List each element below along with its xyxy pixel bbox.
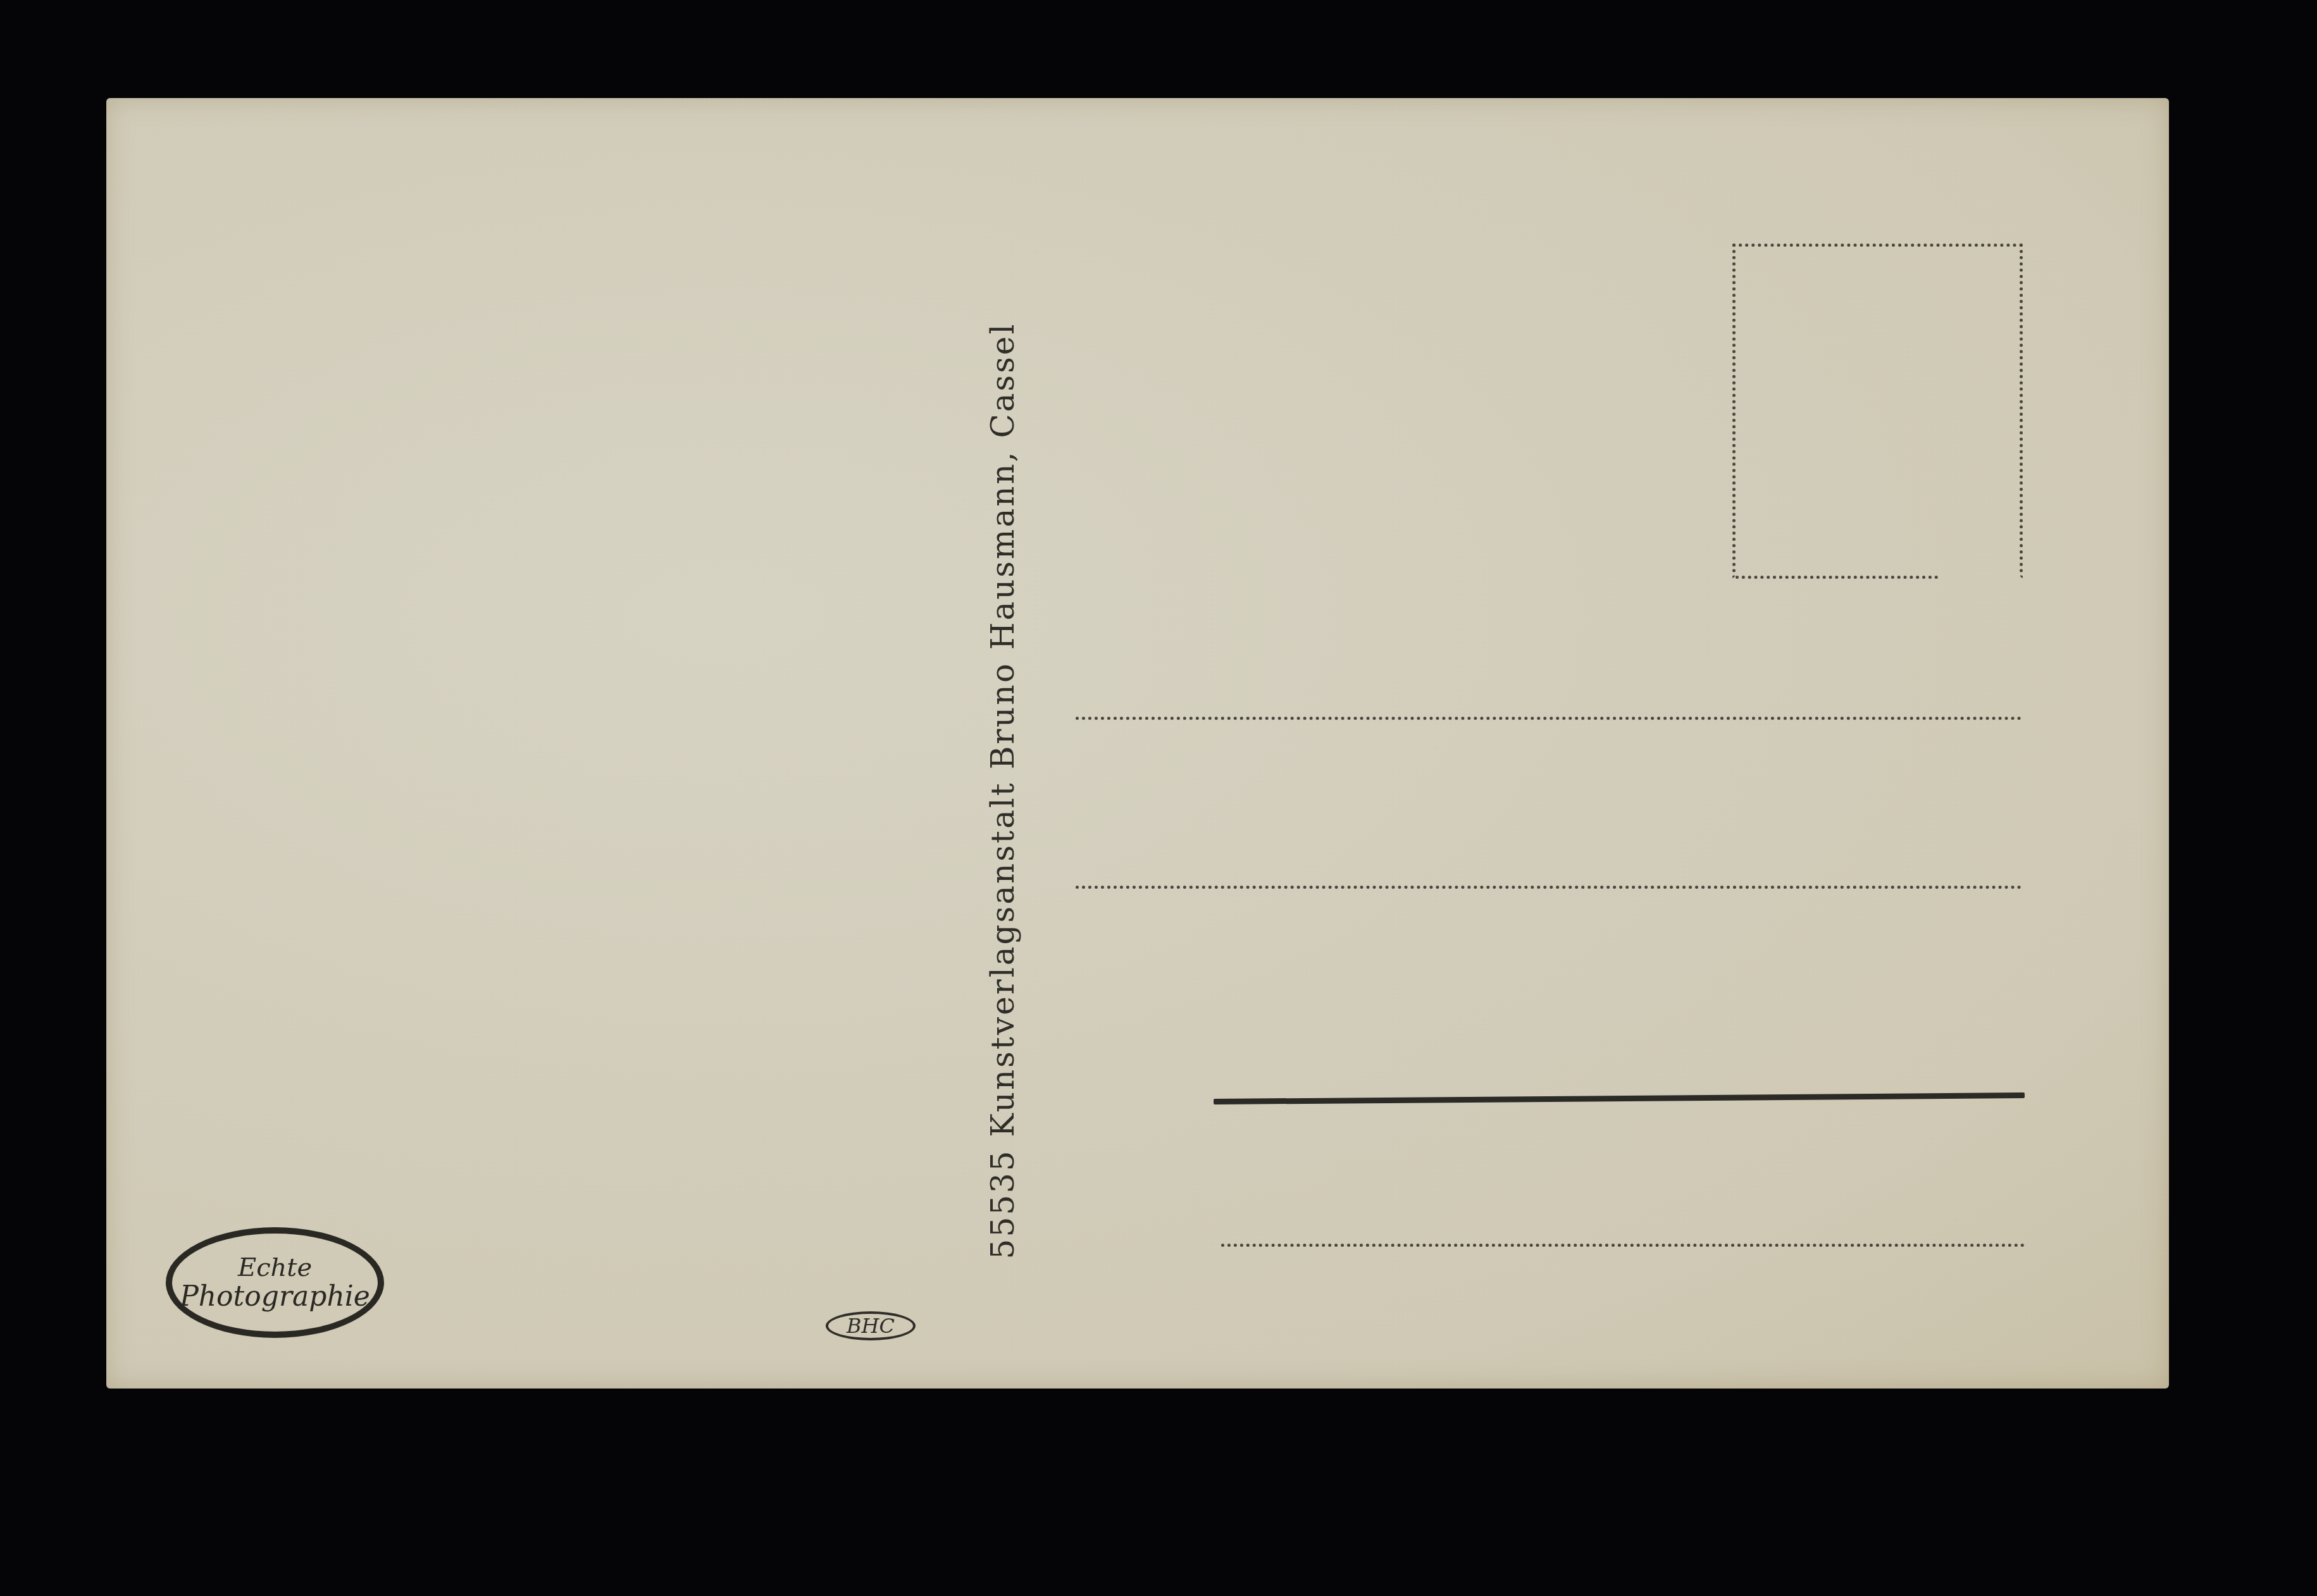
bhc-monogram-logo: BHC bbox=[826, 1311, 916, 1340]
address-line-1 bbox=[1076, 717, 2022, 720]
publisher-imprint: 55535 Kunstverlagsanstalt Bruno Hausmann… bbox=[984, 278, 1022, 1303]
publisher-text: 55535 Kunstverlagsanstalt Bruno Hausmann… bbox=[985, 323, 1021, 1259]
address-line-4 bbox=[1221, 1244, 2025, 1247]
echte-photographie-stamp: Echte Photographie bbox=[166, 1227, 384, 1338]
stamp-placeholder-box bbox=[1732, 244, 2023, 579]
address-line-2 bbox=[1076, 886, 2022, 889]
stamp-box-bottom-edge bbox=[1736, 576, 1938, 579]
monogram-text: BHC bbox=[847, 1314, 895, 1338]
stamp-line-1: Echte bbox=[238, 1254, 312, 1282]
stamp-line-2: Photographie bbox=[180, 1282, 370, 1312]
